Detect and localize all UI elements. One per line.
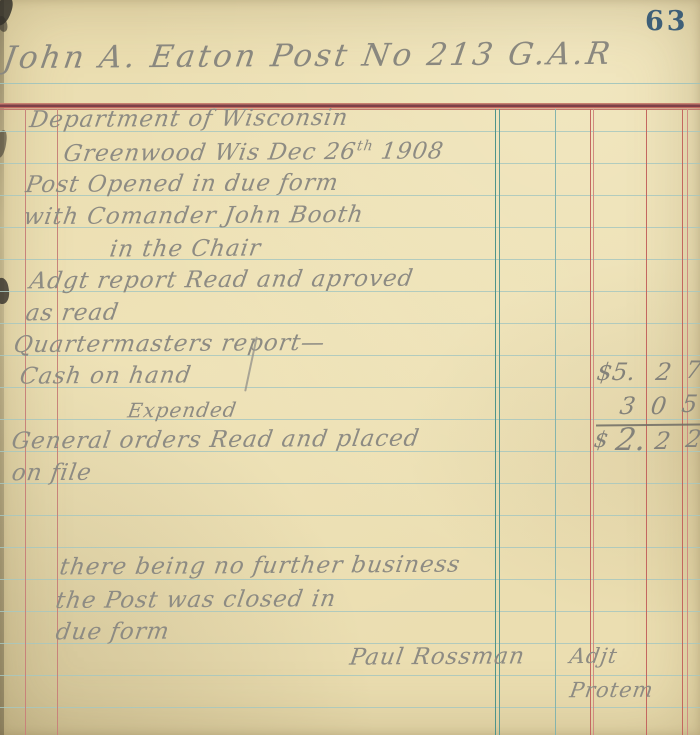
amount-column-rule <box>593 109 594 735</box>
minutes-line: with Comander John Booth <box>22 202 366 230</box>
minutes-line: there being no further business <box>58 552 462 581</box>
minutes-line: on file <box>10 460 94 487</box>
minutes-line: Quartermasters report— <box>12 330 327 358</box>
date-year: 1908 <box>371 138 446 164</box>
column-rule-teal <box>495 109 496 735</box>
amount-balance-cents: 2 <box>684 425 700 453</box>
amount-column-rule <box>590 109 591 735</box>
column-rule-teal <box>555 109 556 735</box>
left-margin-rule <box>25 109 26 735</box>
minutes-line: Adgt report Read and aproved <box>28 266 416 295</box>
post-title: John A. Eaton Post No 213 G.A.R <box>1 36 615 76</box>
signature-protem: Protem <box>568 678 655 703</box>
minutes-line: due form <box>54 619 172 646</box>
minutes-line: Expended <box>126 398 239 423</box>
amount-cash-dollars: $5. <box>595 358 637 386</box>
amount-column-rule <box>682 109 683 735</box>
page-number: 63 <box>645 6 689 37</box>
signature-title: Adjt <box>568 644 619 668</box>
minutes-line: General orders Read and placed <box>10 426 422 455</box>
column-rule-teal <box>499 109 500 735</box>
minutes-date-line: Greenwood Wis Dec 26th 1908 <box>62 138 446 167</box>
amount-cash-cents: 7 <box>684 356 700 384</box>
minutes-line: in the Chair <box>108 235 263 262</box>
minutes-line: Department of Wisconsin <box>28 105 350 133</box>
minutes-line: as read <box>24 300 121 327</box>
minutes-line: the Post was closed in <box>54 586 338 614</box>
signature-name: Paul Rossman <box>348 643 527 670</box>
title-baseline-rule <box>0 83 700 84</box>
ledger-page: 63 John A. Eaton Post No 213 G.A.R Depar… <box>0 0 700 735</box>
date-pre: Greenwood Wis Dec 26 <box>62 139 358 167</box>
minutes-line: Cash on hand <box>18 362 193 389</box>
amount-column-rule <box>687 109 688 735</box>
amount-balance-dollars: 2. <box>613 422 648 458</box>
minutes-line: Post Opened in due form <box>24 170 341 198</box>
